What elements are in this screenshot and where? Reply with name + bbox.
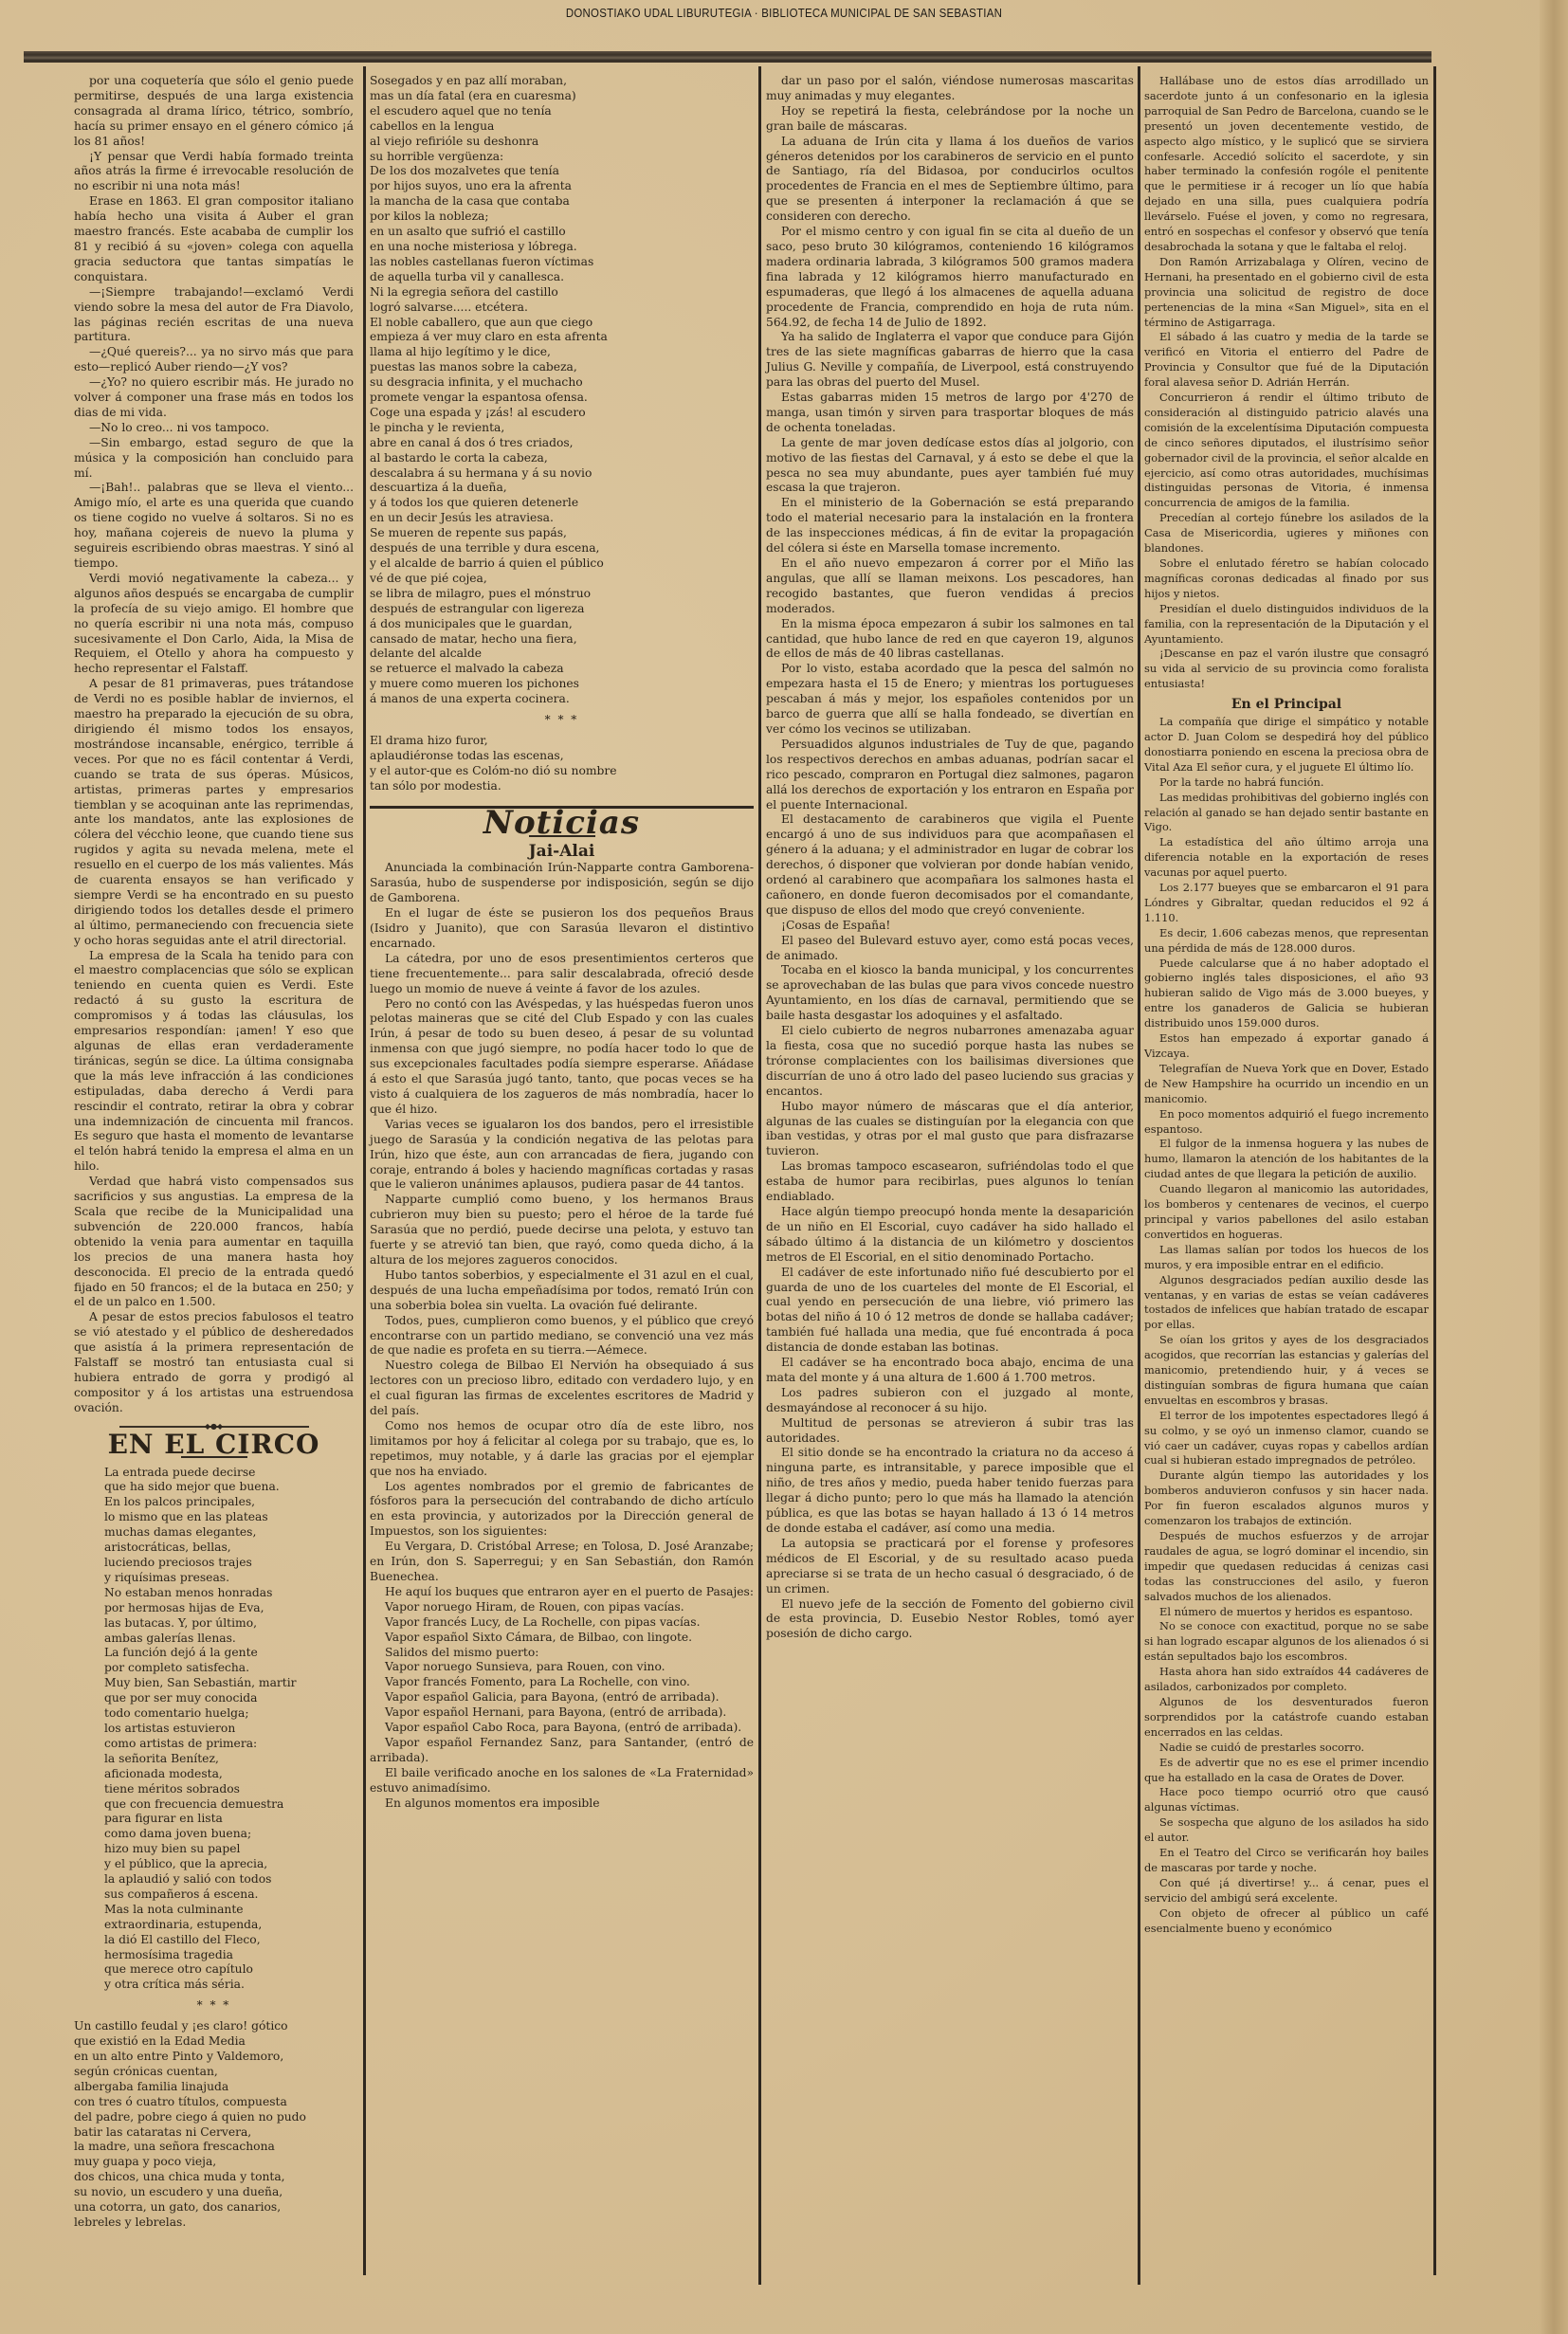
verse-line: delante del alcalde (370, 647, 754, 662)
paragraph: Vapor español Galicia, para Bayona, (ent… (370, 1690, 754, 1705)
verse-line: lo mismo que en las plateas (104, 1510, 354, 1525)
paragraph: Algunos desgraciados pedían auxilio desd… (1144, 1273, 1429, 1334)
verse-line: aristocráticas, bellas, (104, 1541, 354, 1556)
verse-line: aplaudiéronse todas las escenas, (370, 749, 754, 764)
paragraph: Persuadidos algunos industriales de Tuy … (766, 738, 1134, 813)
paragraph: ¡Descanse en paz el varón ilustre que co… (1144, 647, 1429, 692)
verse-line: se retuerce el malvado la cabeza (370, 662, 754, 677)
verse-line: su desgracia infinita, y el muchacho (370, 375, 754, 391)
paragraph: El sábado á las cuatro y media de la tar… (1144, 330, 1429, 391)
paragraph: Multitud de personas se atrevieron á sub… (766, 1416, 1134, 1447)
paragraph: Eu Vergara, D. Cristóbal Arrese; en Tolo… (370, 1540, 754, 1585)
paragraph: Hallábase uno de estos días arrodillado … (1144, 74, 1429, 255)
verse-line: llama al hijo legítimo y le dice, (370, 345, 754, 360)
paragraph: En la misma época empezaron á subir los … (766, 617, 1134, 663)
paragraph: Presidían el duelo distinguidos individu… (1144, 602, 1429, 647)
verse-line: Mas la nota culminante (104, 1903, 354, 1918)
paragraph: Se sospecha que alguno de los asilados h… (1144, 1815, 1429, 1846)
verse-line: De los dos mozalvetes que tenía (370, 164, 754, 179)
verse-line: después de estrangular con ligereza (370, 602, 754, 617)
paragraph: Verdi movió negativamente la cabeza... y… (74, 572, 354, 677)
verse-line: descalabra á su hermana y á su novio (370, 466, 754, 482)
verse-line: su novio, un escudero y una dueña, (74, 2185, 354, 2200)
paragraph: Las bromas tampoco escasearon, sufriéndo… (766, 1159, 1134, 1205)
paragraph: El cadáver de este infortunado niño fué … (766, 1266, 1134, 1356)
paragraph: La aduana de Irún cita y llama á los due… (766, 135, 1134, 225)
paragraph: —¡Bah!.. palabras que se lleva el viento… (74, 481, 354, 571)
news-items: dar un paso por el salón, viéndose numer… (766, 74, 1134, 1642)
drama-verse-end: El drama hizo furor,aplaudiéronse todas … (370, 734, 754, 794)
page-edge (1540, 0, 1568, 2334)
verse-line: En los palcos principales, (104, 1495, 354, 1510)
verdi-article: por una coquetería que sólo el genio pue… (74, 74, 354, 1416)
paragraph: Vapor español Fernandez Sanz, para Santa… (370, 1736, 754, 1766)
column-divider (758, 66, 761, 2285)
paragraph: Vapor español Hernani, para Bayona, (ent… (370, 1705, 754, 1721)
paragraph: En algunos momentos era imposible (370, 1796, 754, 1812)
castillo-verse: Un castillo feudal y ¡es claro! góticoqu… (74, 2019, 354, 2231)
column-4: Hallábase uno de estos días arrodillado … (1144, 74, 1429, 1936)
verse-line: extraordinaria, estupenda, (104, 1918, 354, 1933)
drama-verse: Sosegados y en paz allí moraban,mas un d… (370, 74, 754, 707)
paragraph: Como nos hemos de ocupar otro día de est… (370, 1419, 754, 1480)
paragraph: Nadie se cuidó de prestarles socorro. (1144, 1741, 1429, 1756)
verse-line: y el público, que la aprecia, (104, 1857, 354, 1872)
paragraph: En el lugar de éste se pusieron los dos … (370, 906, 754, 952)
section-title-noticias: Noticias (370, 816, 754, 831)
verse-line: por completo satisfecha. (104, 1661, 354, 1676)
verse-line: con tres ó cuatro títulos, compuesta (74, 2095, 354, 2110)
verse-line: vé de que pié cojea, (370, 572, 754, 587)
verse-line: La entrada puede decirse (104, 1466, 354, 1481)
verse-line: la madre, una señora frescachona (74, 2140, 354, 2155)
paragraph: Vapor noruego Hiram, de Rouen, con pipas… (370, 1600, 754, 1615)
paragraph: En el ministerio de la Gobernación se es… (766, 496, 1134, 556)
verse-line: los artistas estuvieron (104, 1722, 354, 1737)
verse-line: descuartiza á la dueña, (370, 481, 754, 496)
paragraph: —¡Siempre trabajando!—exclamó Verdi vien… (74, 285, 354, 346)
paragraph: Con objeto de ofrecer al público un café… (1144, 1906, 1429, 1937)
paragraph: El baile verificado anoche en los salone… (370, 1766, 754, 1796)
paragraph: En el Teatro del Circo se verificarán ho… (1144, 1846, 1429, 1876)
subheading-en-el-principal: En el Principal (1144, 698, 1429, 713)
verse-line: en un asalto que sufrió el castillo (370, 225, 754, 240)
column-divider (1138, 66, 1140, 2285)
verse-line: todo comentario huelga; (104, 1706, 354, 1722)
paragraph: La empresa de la Scala ha tenido para co… (74, 949, 354, 1176)
verse-line: lebreles y lebrelas. (74, 2215, 354, 2231)
verse-line: cabellos en la lengua (370, 119, 754, 135)
verse-line: Sosegados y en paz allí moraban, (370, 74, 754, 89)
principal-article: La compañía que dirige el simpático y no… (1144, 715, 1429, 1936)
verse-line: como dama joven buena; (104, 1827, 354, 1842)
paragraph: El fulgor de la inmensa hoguera y las nu… (1144, 1137, 1429, 1182)
verse-line: aficionada modesta, (104, 1767, 354, 1782)
paragraph: Todos, pues, cumplieron como buenos, y e… (370, 1314, 754, 1359)
paragraph: Hace algún tiempo preocupó honda mente l… (766, 1205, 1134, 1266)
paragraph: Con qué ¡á divertirse! y... á cenar, pue… (1144, 1876, 1429, 1906)
verse-line: tan sólo por modestia. (370, 779, 754, 794)
subheading-jai-alai: Jai-Alai (370, 845, 754, 860)
column-divider (363, 66, 366, 2275)
paragraph: Hubo tantos soberbios, y especialmente e… (370, 1268, 754, 1314)
verse-line: Muy bien, San Sebastián, martir (104, 1676, 354, 1691)
paragraph: Nuestro colega de Bilbao El Nervión ha o… (370, 1358, 754, 1419)
verse-line: las nobles castellanas fueron víctimas (370, 255, 754, 270)
paragraph: —¿Qué quereis?... ya no sirvo más que pa… (74, 345, 354, 375)
verse-line: le pincha y le revienta, (370, 421, 754, 436)
verse-line: la señorita Benítez, (104, 1752, 354, 1767)
paragraph: Estos han empezado á exportar ganado á V… (1144, 1031, 1429, 1062)
news-items-barcelona: Hallábase uno de estos días arrodillado … (1144, 74, 1429, 692)
paragraph: ¡Cosas de España! (766, 919, 1134, 934)
paragraph: —Sin embargo, estad seguro de que la mús… (74, 436, 354, 482)
verse-line: después de una terrible y dura escena, (370, 541, 754, 556)
paragraph: El cadáver se ha encontrado boca abajo, … (766, 1356, 1134, 1386)
verse-line: Coge una espada y ¡zás! al escudero (370, 406, 754, 421)
archive-header: DONOSTIAKO UDAL LIBURUTEGIA · BIBLIOTECA… (94, 6, 1474, 20)
paragraph: Hubo mayor número de máscaras que el día… (766, 1100, 1134, 1160)
verse-line: El noble caballero, que aun que ciego (370, 316, 754, 331)
paragraph: Don Ramón Arrizabalaga y Olíren, vecino … (1144, 255, 1429, 331)
masthead-rule (24, 51, 1431, 63)
verse-line: muy guapa y poco vieja, (74, 2155, 354, 2170)
paragraph: El nuevo jefe de la sección de Fomento d… (766, 1597, 1134, 1643)
paragraph: dar un paso por el salón, viéndose numer… (766, 74, 1134, 104)
verse-line: abre en canal á dos ó tres criados, (370, 436, 754, 451)
verse-line: La función dejó á la gente (104, 1646, 354, 1661)
verse-line: cansado de matar, hecho una fiera, (370, 632, 754, 647)
verse-line: luciendo preciosos trajes (104, 1556, 354, 1571)
verse-line: El drama hizo furor, (370, 734, 754, 749)
verse-line: que merece otro capítulo (104, 1962, 354, 1978)
verse-line: y otra crítica más séria. (104, 1978, 354, 1993)
verse-line: para figurar en lista (104, 1812, 354, 1827)
verse-line: una cotorra, un gato, dos canarios, (74, 2200, 354, 2215)
verse-line: mas un día fatal (era en cuaresma) (370, 89, 754, 104)
paragraph: Puede calcularse que á no haber adoptado… (1144, 957, 1429, 1032)
paragraph: —No lo creo... ni vos tampoco. (74, 421, 354, 436)
paragraph: Pero no contó con las Avéspedas, y las h… (370, 997, 754, 1118)
paragraph: Algunos de los desventurados fueron sorp… (1144, 1695, 1429, 1741)
paragraph: Precedían al cortejo fúnebre los asilado… (1144, 511, 1429, 556)
verse-line: que ha sido mejor que buena. (104, 1480, 354, 1495)
paragraph: Anunciada la combinación Irún-Napparte c… (370, 861, 754, 906)
verse-line: que con frecuencia demuestra (104, 1797, 354, 1813)
verse-line: sus compañeros á escena. (104, 1887, 354, 1903)
paragraph: La estadística del año último arroja una… (1144, 835, 1429, 881)
verse-line: que por ser muy conocida (104, 1691, 354, 1706)
paragraph: Varias veces se igualaron los dos bandos… (370, 1118, 754, 1194)
paragraph: Sobre el enlutado féretro se habían colo… (1144, 556, 1429, 602)
paragraph: Salidos del mismo puerto: (370, 1646, 754, 1661)
paragraph: Napparte cumplió como bueno, y los herma… (370, 1193, 754, 1268)
paragraph: El cielo cubierto de negros nubarrones a… (766, 1024, 1134, 1100)
paragraph: La gente de mar joven dedícase estos día… (766, 436, 1134, 497)
verse-line: batir las cataratas ni Cervera, (74, 2125, 354, 2141)
verse-line: al bastardo le corta la cabeza, (370, 451, 754, 466)
verse-line: empieza á ver muy claro en esta afrenta (370, 330, 754, 345)
verse-line: se libra de milagro, pues el mónstruo (370, 587, 754, 602)
paragraph: Hace poco tiempo ocurrió otro que causó … (1144, 1785, 1429, 1815)
paragraph: En el año nuevo empezaron á correr por e… (766, 556, 1134, 617)
verse-line: Un castillo feudal y ¡es claro! gótico (74, 2019, 354, 2034)
verse-line: y á todos los que quieren detenerle (370, 496, 754, 511)
verse-line: su horrible vergüenza: (370, 150, 754, 165)
paragraph: ¡Y pensar que Verdi había formado treint… (74, 150, 354, 195)
verse-line: muchas damas elegantes, (104, 1525, 354, 1541)
verse-line: que existió en la Edad Media (74, 2034, 354, 2050)
paragraph: He aquí los buques que entraron ayer en … (370, 1585, 754, 1600)
circo-verse: La entrada puede decirseque ha sido mejo… (74, 1466, 354, 1994)
verse-line: dos chicos, una chica muda y tonta, (74, 2170, 354, 2185)
paragraph: El número de muertos y heridos es espant… (1144, 1605, 1429, 1620)
verse-line: á manos de una experta cocinera. (370, 692, 754, 707)
section-title-en-el-circo: EN EL CIRCO (74, 1437, 354, 1452)
ornament-divider (119, 1426, 309, 1428)
verse-line: al viejo refirióle su deshonra (370, 135, 754, 150)
verse-line: promete vengar la espantosa ofensa. (370, 391, 754, 406)
paragraph: Hasta ahora han sido extraídos 44 cadáve… (1144, 1665, 1429, 1695)
column-3: dar un paso por el salón, viéndose numer… (766, 74, 1134, 1642)
paragraph: El terror de los impotentes espectadores… (1144, 1409, 1429, 1469)
verse-line: ambas galerías llenas. (104, 1632, 354, 1647)
paragraph: Tocaba en el kiosco la banda municipal, … (766, 963, 1134, 1024)
column-1: por una coquetería que sólo el genio pue… (74, 74, 354, 2231)
paragraph: El destacamento de carabineros que vigil… (766, 812, 1134, 918)
paragraph: Hoy se repetirá la fiesta, celebrándose … (766, 104, 1134, 135)
verse-line: logró salvarse..... etcétera. (370, 301, 754, 316)
verse-line: del padre, pobre ciego á quien no pudo (74, 2110, 354, 2125)
paragraph: Los padres subieron con el juzgado al mo… (766, 1386, 1134, 1416)
paragraph: Es de advertir que no es ese el primer i… (1144, 1756, 1429, 1786)
column-divider (1433, 66, 1436, 2275)
paragraph: Los 2.177 bueyes que se embarcaron el 91… (1144, 881, 1429, 926)
verse-line: la aplaudió y salió con todos (104, 1872, 354, 1887)
paragraph: A pesar de 81 primaveras, pues trátandos… (74, 677, 354, 948)
paragraph: La autopsia se practicará por el forense… (766, 1537, 1134, 1597)
paragraph: Las llamas salían por todos los huecos d… (1144, 1243, 1429, 1273)
verse-line: por hermosas hijas de Eva, (104, 1601, 354, 1616)
verse-line: el escudero aquel que no tenía (370, 104, 754, 119)
stars-separator: * * * (370, 713, 754, 728)
paragraph: Se oían los gritos y ayes de los desgrac… (1144, 1333, 1429, 1409)
paragraph: A pesar de estos precios fabulosos el te… (74, 1310, 354, 1415)
paragraph: El sitio donde se ha encontrado la criat… (766, 1446, 1134, 1536)
paragraph: El paseo del Bulevard estuvo ayer, como … (766, 934, 1134, 964)
verse-line: tiene méritos sobrados (104, 1782, 354, 1797)
verse-line: puestas las manos sobre la cabeza, (370, 360, 754, 375)
verse-line: hermosísima tragedia (104, 1948, 354, 1963)
paragraph: Los agentes nombrados por el gremio de f… (370, 1480, 754, 1541)
verse-line: la dió El castillo del Fleco, (104, 1933, 354, 1948)
paragraph: Vapor noruego Sunsieva, para Rouen, con … (370, 1660, 754, 1675)
verse-line: y riquísimas preseas. (104, 1571, 354, 1586)
paragraph: No se conoce con exactitud, porque no se… (1144, 1619, 1429, 1665)
paragraph: Estas gabarras miden 15 metros de largo … (766, 391, 1134, 436)
stars-separator: * * * (74, 1998, 354, 2014)
verse-line: Ni la egregia señora del castillo (370, 285, 754, 301)
paragraph: Vapor francés Lucy, de La Rochelle, con … (370, 1615, 754, 1631)
paragraph: Vapor español Sixto Cámara, de Bilbao, c… (370, 1631, 754, 1646)
paragraph: Vapor francés Fomento, para La Rochelle,… (370, 1675, 754, 1690)
paragraph: Erase en 1863. El gran compositor italia… (74, 194, 354, 284)
verse-line: por hijos suyos, uno era la afrenta (370, 179, 754, 194)
verse-line: Se mueren de repente sus papás, (370, 526, 754, 541)
verse-line: en un alto entre Pinto y Valdemoro, (74, 2050, 354, 2065)
paragraph: Cuando llegaron al manicomio las autorid… (1144, 1182, 1429, 1243)
verse-line: No estaban menos honradas (104, 1586, 354, 1601)
verse-line: como artistas de primera: (104, 1737, 354, 1752)
paragraph: Por lo visto, estaba acordado que la pes… (766, 662, 1134, 738)
verse-line: por kilos la nobleza; (370, 210, 754, 225)
paragraph: por una coquetería que sólo el genio pue… (74, 74, 354, 150)
paragraph: La compañía que dirige el simpático y no… (1144, 715, 1429, 775)
verse-line: hizo muy bien su papel (104, 1842, 354, 1857)
verse-line: de aquella turba vil y canallesca. (370, 270, 754, 285)
verse-line: y el alcalde de barrio á quien el públic… (370, 556, 754, 572)
paragraph: Después de muchos esfuerzos y de arrojar… (1144, 1529, 1429, 1605)
verse-line: y el autor-que es Colóm-no dió su nombre (370, 764, 754, 779)
paragraph: Verdad que habrá visto compensados sus s… (74, 1175, 354, 1310)
paragraph: Por el mismo centro y con igual fin se c… (766, 225, 1134, 330)
column-2: Sosegados y en paz allí moraban,mas un d… (370, 74, 754, 1812)
paragraph: —¿Yo? no quiero escribir más. He jurado … (74, 375, 354, 421)
paragraph: En poco momentos adquirió el fuego incre… (1144, 1107, 1429, 1138)
jai-alai-article: Anunciada la combinación Irún-Napparte c… (370, 861, 754, 1811)
verse-line: en un decir Jesús les atraviesa. (370, 511, 754, 526)
paragraph: Vapor español Cabo Roca, para Bayona, (e… (370, 1721, 754, 1736)
paragraph: Concurrieron á rendir el último tributo … (1144, 391, 1429, 511)
verse-line: á dos municipales que le guardan, (370, 617, 754, 632)
verse-line: las butacas. Y, por último, (104, 1616, 354, 1632)
verse-line: en una noche misteriosa y lóbrega. (370, 240, 754, 255)
paragraph: Telegrafían de Nueva York que en Dover, … (1144, 1062, 1429, 1107)
verse-line: la mancha de la casa que contaba (370, 194, 754, 210)
verse-line: albergaba familia linajuda (74, 2080, 354, 2095)
verse-line: según crónicas cuentan, (74, 2065, 354, 2080)
paragraph: Las medidas prohibitivas del gobierno in… (1144, 791, 1429, 836)
paragraph: Durante algún tiempo las autoridades y l… (1144, 1468, 1429, 1529)
paragraph: Ya ha salido de Inglaterra el vapor que … (766, 330, 1134, 391)
verse-line: y muere como mueren los pichones (370, 677, 754, 692)
paragraph: Es decir, 1.606 cabezas menos, que repre… (1144, 926, 1429, 957)
paragraph: Por la tarde no habrá función. (1144, 775, 1429, 791)
paragraph: La cátedra, por uno de esos presentimien… (370, 952, 754, 997)
